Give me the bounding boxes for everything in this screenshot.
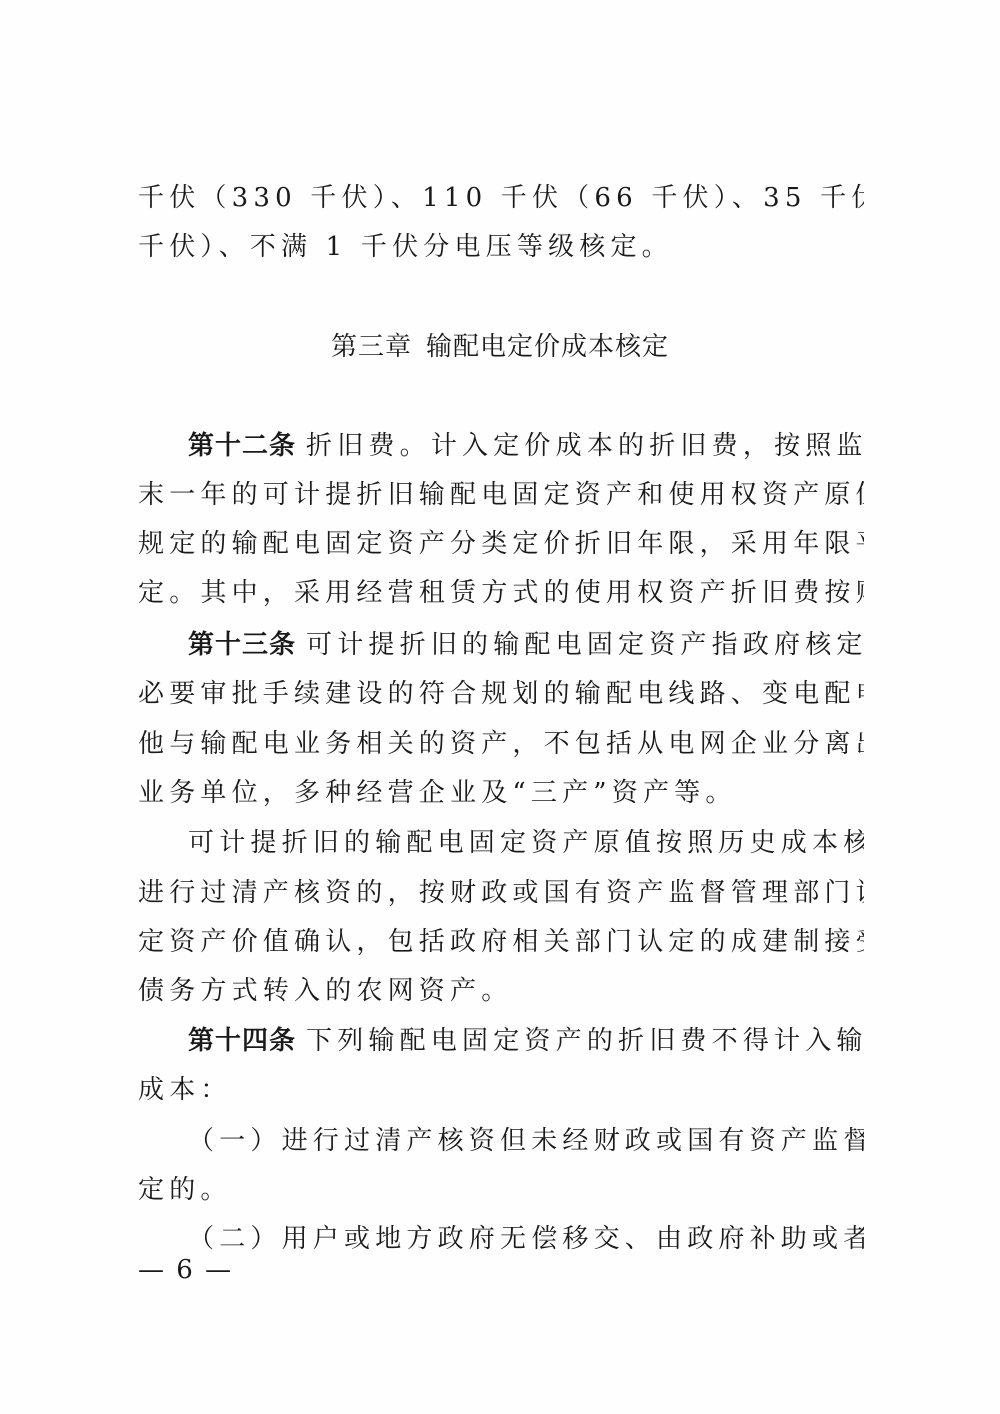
chapter-number: 第三章 <box>331 332 412 362</box>
article-14-line-1: 第十四条下列输配电固定资产的折旧费不得计入输配电定价 <box>188 1024 864 1058</box>
article-13-line-2: 必要审批手续建设的符合规划的输配电线路、变电配电设备以及其 <box>138 677 864 711</box>
item-2-line-1: （二）用户或地方政府无偿移交、由政府补助或者社会无偿投 <box>188 1222 864 1256</box>
paragraph-original-value-line-1: 可计提折旧的输配电固定资产原值按照历史成本核定。按规定 <box>188 826 864 860</box>
article-14-label: 第十四条 <box>188 1026 296 1056</box>
page-number: — 6 — <box>138 1253 233 1287</box>
continuation-line-2: 千伏）、不满 1 千伏分电压等级核定。 <box>138 230 864 264</box>
article-13-text-1: 可计提折旧的输配电固定资产指政府核定的经履行 <box>306 630 864 660</box>
item-1-line-2: 定的。 <box>138 1173 864 1207</box>
article-12-line-2: 末一年的可计提折旧输配电固定资产和使用权资产原值及本办法 <box>138 478 864 512</box>
item-1-line-1: （一）进行过清产核资但未经财政或国有资产监督管理部门认 <box>188 1124 864 1158</box>
document-page: 千伏（330 千伏）、110 千伏（66 千伏）、35 千伏、1~10 千伏（2… <box>0 0 1000 1414</box>
article-14-text-1: 下列输配电固定资产的折旧费不得计入输配电定价 <box>306 1026 864 1056</box>
article-13-line-4: 业务单位，多种经营企业及“三产”资产等。 <box>138 776 864 810</box>
paragraph-original-value-line-3: 定资产价值确认，包括政府相关部门认定的成建制接受资产、人员、 <box>138 925 864 959</box>
article-13-label: 第十三条 <box>188 630 296 660</box>
article-12-line-3: 规定的输配电固定资产分类定价折旧年限，采用年限平均法分类核 <box>138 527 864 561</box>
article-12-text-1: 折旧费。计入定价成本的折旧费，按照监审期间最 <box>306 431 864 461</box>
article-13-line-1: 第十三条可计提折旧的输配电固定资产指政府核定的经履行 <box>188 628 864 662</box>
paragraph-original-value-line-4: 债务方式转入的农网资产。 <box>138 974 864 1008</box>
article-12-line-1: 第十二条折旧费。计入定价成本的折旧费，按照监审期间最 <box>188 429 864 463</box>
article-12-label: 第十二条 <box>188 431 296 461</box>
chapter-title: 输配电定价成本核定 <box>426 332 669 362</box>
article-13-line-3: 他与输配电业务相关的资产，不包括从电网企业分离出来的辅助性 <box>138 727 864 761</box>
paragraph-original-value-line-2: 进行过清产核资的，按财政或国有资产监督管理部门认定的各类固 <box>138 876 864 910</box>
chapter-heading: 第三章输配电定价成本核定 <box>0 330 1000 364</box>
article-12-line-4: 定。其中，采用经营租赁方式的使用权资产折旧费按账面值核定。 <box>138 576 864 610</box>
continuation-line-1: 千伏（330 千伏）、110 千伏（66 千伏）、35 千伏、1~10 千伏（2… <box>138 181 864 215</box>
article-14-line-2: 成本： <box>138 1073 864 1107</box>
